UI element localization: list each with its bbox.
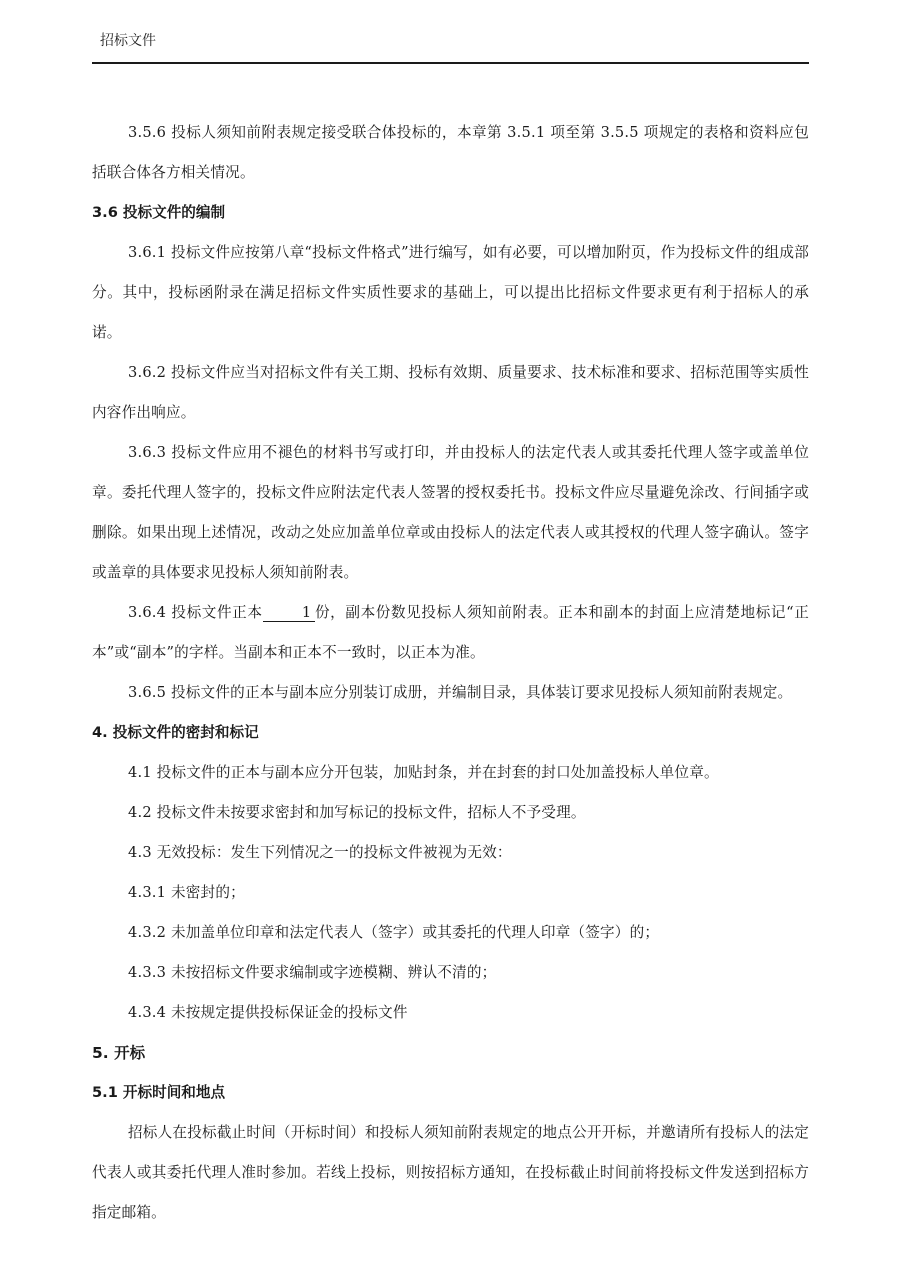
section-heading-5-1: 5.1 开标时间和地点 — [92, 1073, 809, 1113]
document-body: 3.5.6 投标人须知前附表规定接受联合体投标的，本章第 3.5.1 项至第 3… — [92, 113, 809, 1233]
page-header-title: 招标文件 — [100, 30, 156, 50]
clause-4-1: 4.1 投标文件的正本与副本应分开包装，加贴封条，并在封套的封口处加盖投标人单位… — [92, 753, 809, 793]
paragraph-3-6-3: 3.6.3 投标文件应用不褪色的材料书写或打印，并由投标人的法定代表人或其委托代… — [92, 433, 809, 593]
paragraph-3-5-6: 3.5.6 投标人须知前附表规定接受联合体投标的，本章第 3.5.1 项至第 3… — [92, 113, 809, 193]
paragraph-3-6-5: 3.6.5 投标文件的正本与副本应分别装订成册，并编制目录，具体装订要求见投标人… — [92, 673, 809, 713]
header-divider — [92, 62, 809, 64]
section-heading-3-6: 3.6 投标文件的编制 — [92, 193, 809, 233]
clause-4-3-2: 4.3.2 未加盖单位印章和法定代表人（签字）或其委托的代理人印章（签字）的； — [92, 913, 809, 953]
paragraph-3-6-1: 3.6.1 投标文件应按第八章“投标文件格式”进行编写，如有必要，可以增加附页，… — [92, 233, 809, 353]
clause-4-2: 4.2 投标文件未按要求密封和加写标记的投标文件，招标人不予受理。 — [92, 793, 809, 833]
clause-4-3-4: 4.3.4 未按规定提供投标保证金的投标文件 — [92, 993, 809, 1033]
original-copies-count-blank: 1 — [263, 605, 315, 622]
paragraph-3-6-2: 3.6.2 投标文件应当对招标文件有关工期、投标有效期、质量要求、技术标准和要求… — [92, 353, 809, 433]
paragraph-3-6-4: 3.6.4 投标文件正本1份，副本份数见投标人须知前附表。正本和副本的封面上应清… — [92, 593, 809, 673]
paragraph-5-1: 招标人在投标截止时间（开标时间）和投标人须知前附表规定的地点公开开标，并邀请所有… — [92, 1113, 809, 1233]
clause-4-3-3: 4.3.3 未按招标文件要求编制或字迹模糊、辨认不清的； — [92, 953, 809, 993]
clause-4-3-1: 4.3.1 未密封的； — [92, 873, 809, 913]
section-heading-4: 4. 投标文件的密封和标记 — [92, 713, 809, 753]
section-heading-5: 5. 开标 — [92, 1033, 809, 1073]
paragraph-3-6-4-lead: 3.6.4 投标文件正本 — [128, 604, 263, 621]
clause-4-3: 4.3 无效投标：发生下列情况之一的投标文件被视为无效： — [92, 833, 809, 873]
